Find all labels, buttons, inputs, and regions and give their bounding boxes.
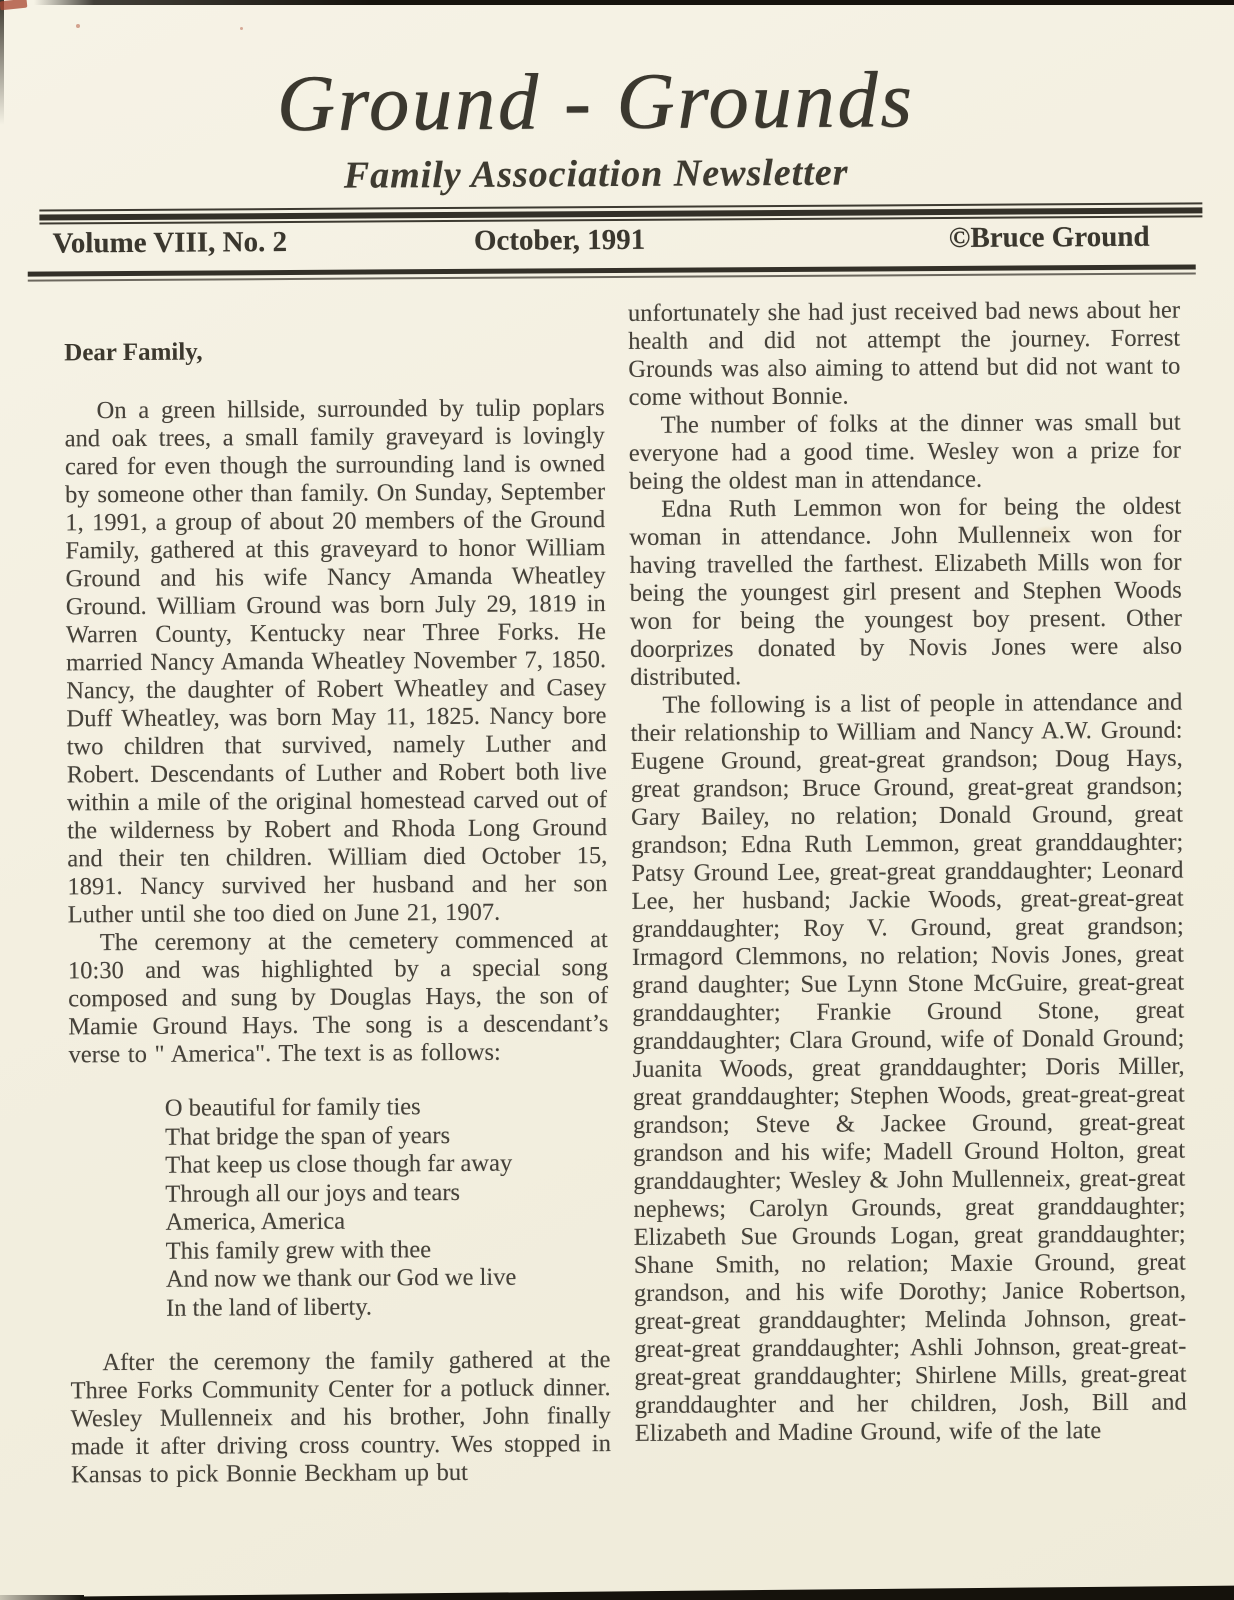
poem-block: O beautiful for family ties That bridge … — [165, 1092, 610, 1323]
right-column: unfortunately she had just received bad … — [628, 297, 1187, 1486]
scan-top-edge — [34, 0, 1234, 5]
newsletter-page: Ground - Grounds Family Association News… — [0, 0, 1234, 1600]
poem-line: And now we thank our God we live — [166, 1263, 610, 1294]
poem-line: Through all our joys and tears — [165, 1178, 609, 1209]
poem-line: In the land of liberty. — [166, 1292, 610, 1323]
scan-bottom-left-edge — [0, 1595, 84, 1600]
body-columns: Dear Family, On a green hillside, surrou… — [64, 297, 1187, 1490]
paper-stain — [1034, 525, 1060, 539]
masthead-title: Ground - Grounds — [0, 52, 1195, 151]
left-column: Dear Family, On a green hillside, surrou… — [64, 300, 611, 1489]
poem-line: America, America — [165, 1206, 609, 1237]
red-speck — [240, 27, 243, 30]
masthead: Ground - Grounds Family Association News… — [0, 52, 1195, 199]
poem-line: That bridge the span of years — [165, 1121, 609, 1152]
issue-line: Volume VIII, No. 2 October, 1991 ©Bruce … — [0, 220, 1232, 264]
copyright-notice: ©Bruce Ground — [949, 221, 1150, 255]
poem-line: That keep us close though far away — [165, 1149, 609, 1180]
body-paragraph: The ceremony at the cemetery commenced a… — [68, 926, 609, 1069]
issue-rule — [28, 264, 1196, 281]
red-speck — [76, 24, 80, 28]
body-paragraph: unfortunately she had just received bad … — [628, 297, 1181, 412]
body-paragraph: Edna Ruth Lemmon won for being the oldes… — [629, 493, 1182, 692]
poem-line: O beautiful for family ties — [165, 1092, 609, 1123]
body-paragraph: After the ceremony the family gathered a… — [70, 1346, 611, 1489]
masthead-subtitle: Family Association Newsletter — [0, 148, 1195, 199]
body-paragraph: The number of folks at the dinner was sm… — [629, 409, 1182, 496]
page-content: Ground - Grounds Family Association News… — [0, 0, 1234, 1600]
body-paragraph: The following is a list of people in att… — [630, 689, 1187, 1448]
body-paragraph: On a green hillside, surrounded by tulip… — [65, 394, 608, 929]
salutation: Dear Family, — [64, 336, 604, 367]
poem-line: This family grew with thee — [166, 1235, 610, 1266]
scan-left-edge — [0, 0, 4, 125]
